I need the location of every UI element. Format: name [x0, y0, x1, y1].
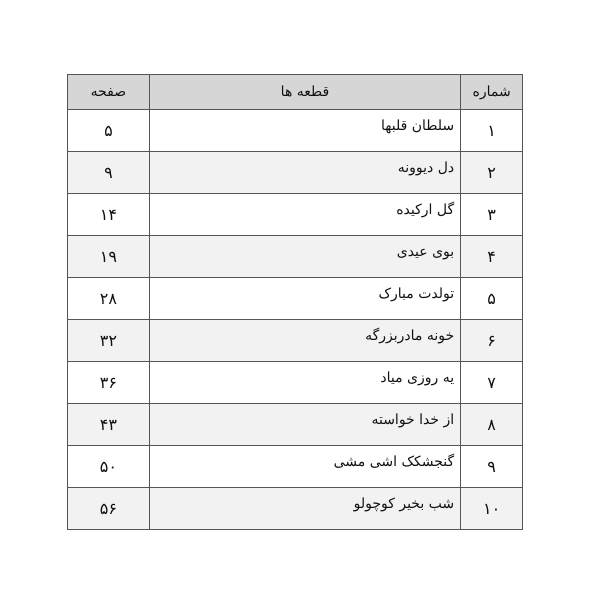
row-title-text: دل دیوونه [398, 152, 460, 176]
row-number: ۵ [461, 278, 523, 320]
row-page: ۳۲ [68, 320, 150, 362]
row-title-text: شب بخیر کوچولو [354, 488, 461, 512]
row-title-text: از خدا خواسته [371, 404, 460, 428]
row-page: ۵۰ [68, 446, 150, 488]
row-number: ۴ [461, 236, 523, 278]
header-number: شماره [461, 75, 523, 110]
row-title: تولدت مبارک [149, 278, 460, 320]
table-row: ۲ دل دیوونه ۹ [68, 152, 523, 194]
table-row: ۴ بوی عیدی ۱۹ [68, 236, 523, 278]
row-title-text: خونه مادربزرگه [365, 320, 460, 344]
row-title: از خدا خواسته [149, 404, 460, 446]
row-title-text: یه روزی میاد [380, 362, 460, 386]
table-row: ۷ یه روزی میاد ۳۶ [68, 362, 523, 404]
row-title-text: گل ارکیده [396, 194, 460, 218]
row-page: ۴۳ [68, 404, 150, 446]
row-number: ۱ [461, 110, 523, 152]
row-number: ۹ [461, 446, 523, 488]
row-title: گنجشکک اشی مشی [149, 446, 460, 488]
row-title: سلطان قلبها [149, 110, 460, 152]
row-number: ۳ [461, 194, 523, 236]
table-row: ۵ تولدت مبارک ۲۸ [68, 278, 523, 320]
row-page: ۱۴ [68, 194, 150, 236]
row-number: ۷ [461, 362, 523, 404]
row-title: بوی عیدی [149, 236, 460, 278]
row-title: خونه مادربزرگه [149, 320, 460, 362]
row-title: شب بخیر کوچولو [149, 488, 460, 530]
row-title: یه روزی میاد [149, 362, 460, 404]
table-row: ۳ گل ارکیده ۱۴ [68, 194, 523, 236]
row-number: ۸ [461, 404, 523, 446]
row-page: ۵۶ [68, 488, 150, 530]
row-page: ۹ [68, 152, 150, 194]
row-title-text: گنجشکک اشی مشی [334, 446, 461, 470]
header-title: قطعه ها [149, 75, 460, 110]
table-row: ۸ از خدا خواسته ۴۳ [68, 404, 523, 446]
table-row: ۱ سلطان قلبها ۵ [68, 110, 523, 152]
row-number: ۲ [461, 152, 523, 194]
row-page: ۲۸ [68, 278, 150, 320]
row-title: گل ارکیده [149, 194, 460, 236]
table-row: ۶ خونه مادربزرگه ۳۲ [68, 320, 523, 362]
row-title-text: تولدت مبارک [379, 278, 461, 302]
row-page: ۵ [68, 110, 150, 152]
row-title: دل دیوونه [149, 152, 460, 194]
table-row: ۹ گنجشکک اشی مشی ۵۰ [68, 446, 523, 488]
row-page: ۱۹ [68, 236, 150, 278]
row-page: ۳۶ [68, 362, 150, 404]
header-page: صفحه [68, 75, 150, 110]
row-number: ۱۰ [461, 488, 523, 530]
table-of-contents: شماره قطعه ها صفحه ۱ سلطان قلبها ۵ ۲ دل … [67, 74, 523, 530]
row-number: ۶ [461, 320, 523, 362]
row-title-text: بوی عیدی [397, 236, 460, 260]
header-row: شماره قطعه ها صفحه [68, 75, 523, 110]
row-title-text: سلطان قلبها [381, 110, 460, 134]
table-row: ۱۰ شب بخیر کوچولو ۵۶ [68, 488, 523, 530]
